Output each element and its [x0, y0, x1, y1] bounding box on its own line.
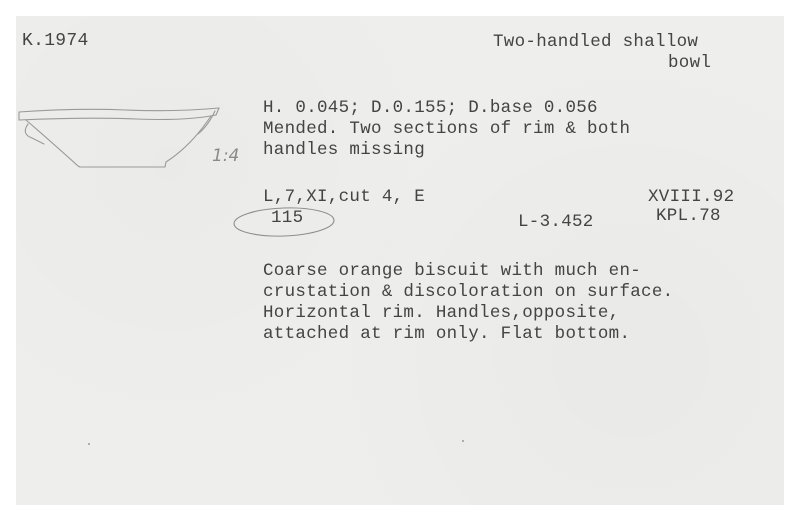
paper-speck	[462, 440, 464, 442]
lot-number: 115	[271, 208, 303, 228]
dimensions: H. 0.045; D.0.155; D.base 0.056	[263, 98, 598, 118]
description-line: attached at rim only. Flat bottom.	[263, 324, 630, 344]
bowl-sketch-icon	[16, 16, 266, 196]
drawing-scale: 1:4	[212, 146, 239, 166]
description-line: crustation & discoloration on surface.	[263, 282, 673, 302]
paper-speck	[88, 443, 90, 445]
object-type-line-2: bowl	[668, 53, 711, 73]
context-number: XVIII.92	[648, 187, 734, 207]
inventory-number: L-3.452	[518, 212, 594, 232]
object-type-line-1: Two-handled shallow	[493, 32, 698, 52]
catalog-card: K.1974 Two-handled shallow bowl 1:4 H. 0…	[16, 16, 784, 505]
description-line: Coarse orange biscuit with much en-	[263, 261, 641, 281]
description-line: Horizontal rim. Handles,opposite,	[263, 303, 619, 323]
plate-reference: KPL.78	[656, 206, 721, 226]
condition-line-2: handles missing	[263, 140, 425, 160]
condition-line-1: Mended. Two sections of rim & both	[263, 119, 630, 139]
